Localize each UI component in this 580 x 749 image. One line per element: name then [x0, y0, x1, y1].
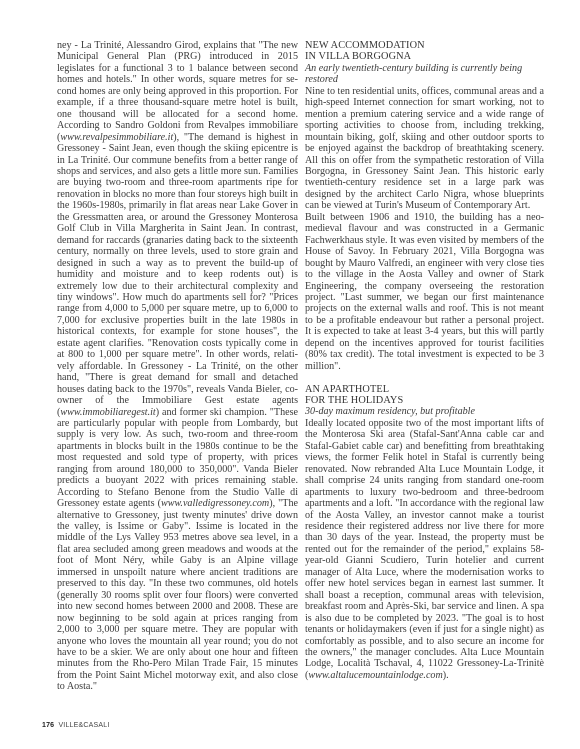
section-subtitle: An early twentieth-century building is c… — [305, 63, 544, 86]
text-run: ), "The demand is highest in Gressoney -… — [57, 132, 298, 418]
body-paragraph: Nine to ten residential units, offices, … — [305, 86, 544, 212]
text-run: ). — [443, 670, 449, 681]
body-paragraph: Built between 1906 and 1910, the buildin… — [305, 212, 544, 372]
magazine-name: VILLE&CASALI — [58, 722, 109, 729]
heading-line: FOR THE HOLIDAYS — [305, 395, 544, 406]
section-heading: NEW ACCOMMODATION IN VILLA BORGOGNA — [305, 40, 544, 63]
section-aparthotel: AN APARTHOTEL FOR THE HOLIDAYS 30-day ma… — [305, 384, 544, 682]
section-subtitle: 30-day maximum residency, but profitable — [305, 406, 544, 417]
section-heading: AN APARTHOTEL FOR THE HOLIDAYS — [305, 384, 544, 407]
link-valledigressoney[interactable]: www.valledigressoney.com — [161, 498, 269, 509]
text-run: ney - La Trinité, Alessandro Girod, expl… — [57, 40, 298, 143]
section-spacer — [305, 372, 544, 383]
heading-line: NEW ACCOMMODATION — [305, 40, 544, 51]
page-number: 176 — [42, 722, 54, 729]
text-run: ) and former ski champion. "These are pa… — [57, 407, 298, 510]
heading-line: IN VILLA BORGOGNA — [305, 51, 544, 62]
body-paragraph: ney - La Trinité, Alessandro Girod, expl… — [57, 40, 298, 693]
left-column: ney - La Trinité, Alessandro Girod, expl… — [57, 40, 298, 693]
section-villa-borgogna: NEW ACCOMMODATION IN VILLA BORGOGNA An e… — [305, 40, 544, 372]
text-run: Ideally located opposite two of the most… — [305, 418, 544, 681]
page-footer: 176 VILLE&CASALI — [42, 722, 109, 729]
body-paragraph: Ideally located opposite two of the most… — [305, 418, 544, 681]
link-revalpes[interactable]: www.revalpesimmobiliare.it — [60, 132, 173, 143]
link-immobiliaregest[interactable]: www.immobiliaregest.it — [60, 407, 155, 418]
link-altaluce[interactable]: www.altalucemountainlodge.com — [308, 670, 442, 681]
heading-line: AN APARTHOTEL — [305, 384, 544, 395]
text-run: ), "The alternative to Gressoney, just t… — [57, 498, 298, 692]
right-column: NEW ACCOMMODATION IN VILLA BORGOGNA An e… — [305, 40, 544, 681]
